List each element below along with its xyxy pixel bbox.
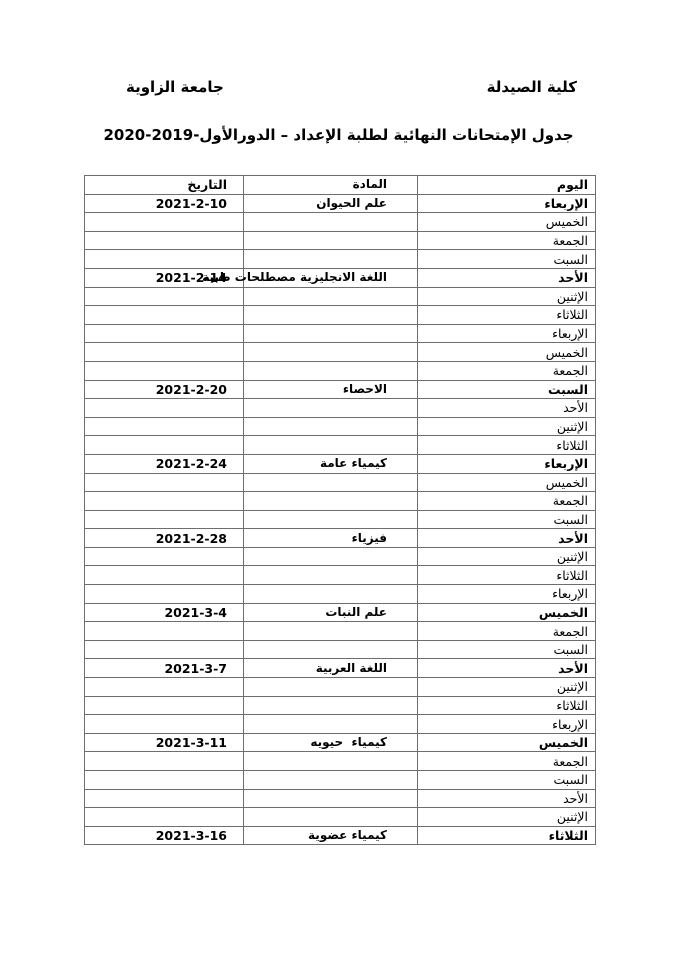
day-cell: الخميس [418,733,596,752]
subject-cell [244,436,418,455]
subject-cell: كيمياء عضوية [244,826,418,845]
column-header-date: التاريخ [85,176,244,195]
subject-cell [244,417,418,436]
date-cell [85,231,244,250]
subject-cell [244,492,418,511]
day-cell: الثلاثاء [418,696,596,715]
subject-cell: علم الحيوان [244,194,418,213]
exam-schedule-table: اليوم المادة التاريخ الإربعاء علم الحيوا… [84,175,596,845]
day-cell: الإربعاء [418,454,596,473]
subject-cell [244,547,418,566]
day-cell: الثلاثاء [418,566,596,585]
subject-cell: كيمياء حيويه [244,733,418,752]
subject-cell: كيمياء عامة [244,454,418,473]
date-cell [85,417,244,436]
day-cell: الإثنين [418,808,596,827]
date-cell [85,547,244,566]
date-cell [85,622,244,641]
day-cell: الأحد [418,789,596,808]
day-cell: السبت [418,380,596,399]
table-row: الإثنين [85,287,596,306]
subject-cell [244,585,418,604]
day-cell: الخميس [418,603,596,622]
date-cell [85,492,244,511]
day-cell: السبت [418,510,596,529]
day-cell: الثلاثاء [418,436,596,455]
date-cell [85,399,244,418]
date-cell [85,287,244,306]
table-row: السبت [85,771,596,790]
table-row: السبت الاحصاء 2021-2-20 [85,380,596,399]
subject-cell [244,324,418,343]
table-row: الإربعاء كيمياء عامة 2021-2-24 [85,454,596,473]
day-cell: الأحد [418,529,596,548]
day-cell: الجمعة [418,361,596,380]
day-cell: الإربعاء [418,715,596,734]
day-cell: الإربعاء [418,585,596,604]
subject-cell: اللغة الانجليزية مصطلحات طبية [244,268,418,287]
date-cell [85,585,244,604]
document-page: كلية الصيدلة جامعة الزاوية جدول الإمتحان… [0,0,677,962]
college-name: كلية الصيدلة [487,77,577,97]
date-cell: 2021-2-10 [85,194,244,213]
day-cell: الإثنين [418,287,596,306]
date-cell [85,808,244,827]
date-cell [85,324,244,343]
day-cell: الثلاثاء [418,306,596,325]
date-cell [85,696,244,715]
table-row: الإربعاء [85,715,596,734]
day-cell: الجمعة [418,492,596,511]
table-row: السبت [85,250,596,269]
subject-cell: اللغة العربية [244,659,418,678]
day-cell: الإثنين [418,547,596,566]
table-row: الإثنين [85,417,596,436]
table-row: الأحد [85,789,596,808]
date-cell [85,306,244,325]
day-cell: الجمعة [418,752,596,771]
subject-cell [244,622,418,641]
date-cell [85,250,244,269]
day-cell: السبت [418,771,596,790]
table-row: الإثنين [85,808,596,827]
day-cell: الإربعاء [418,324,596,343]
date-cell: 2021-3-11 [85,733,244,752]
day-cell: الإثنين [418,417,596,436]
date-cell [85,771,244,790]
day-cell: الأحد [418,399,596,418]
table-row: الإربعاء [85,324,596,343]
subject-cell: علم النبات [244,603,418,622]
date-cell [85,678,244,697]
date-cell [85,436,244,455]
subject-cell [244,250,418,269]
table-header-row: اليوم المادة التاريخ [85,176,596,195]
subject-cell [244,789,418,808]
table-row: الخميس [85,473,596,492]
table-row: الثلاثاء [85,696,596,715]
date-cell [85,715,244,734]
university-name: جامعة الزاوية [126,77,224,97]
date-cell: 2021-2-14 [85,268,244,287]
date-cell [85,510,244,529]
column-header-subject: المادة [244,176,418,195]
subject-cell [244,510,418,529]
subject-cell [244,566,418,585]
exam-table-body: الإربعاء علم الحيوان 2021-2-10 الخميس ال… [85,194,596,845]
subject-cell [244,343,418,362]
date-cell [85,640,244,659]
table-row: الثلاثاء [85,306,596,325]
day-cell: السبت [418,250,596,269]
table-row: الخميس [85,343,596,362]
subject-cell: الاحصاء [244,380,418,399]
table-row: الجمعة [85,492,596,511]
subject-cell: فيزياء [244,529,418,548]
table-row: الثلاثاء كيمياء عضوية 2021-3-16 [85,826,596,845]
column-header-day: اليوم [418,176,596,195]
subject-cell [244,306,418,325]
table-row: الخميس علم النبات 2021-3-4 [85,603,596,622]
date-cell [85,566,244,585]
day-cell: الإثنين [418,678,596,697]
day-cell: الثلاثاء [418,826,596,845]
table-row: الأحد فيزياء 2021-2-28 [85,529,596,548]
subject-cell [244,361,418,380]
table-row: الثلاثاء [85,566,596,585]
table-row: الخميس [85,213,596,232]
date-cell: 2021-3-7 [85,659,244,678]
day-cell: الإربعاء [418,194,596,213]
date-cell: 2021-2-20 [85,380,244,399]
day-cell: الخميس [418,213,596,232]
table-row: الجمعة [85,752,596,771]
subject-cell [244,752,418,771]
day-cell: الأحد [418,268,596,287]
table-row: السبت [85,510,596,529]
day-cell: الجمعة [418,622,596,641]
date-cell [85,361,244,380]
table-row: الإثنين [85,547,596,566]
table-row: الجمعة [85,622,596,641]
subject-cell [244,678,418,697]
subject-cell [244,771,418,790]
subject-cell [244,715,418,734]
table-row: الجمعة [85,231,596,250]
table-row: الأحد اللغة العربية 2021-3-7 [85,659,596,678]
subject-cell [244,696,418,715]
subject-cell [244,231,418,250]
table-row: الأحد اللغة الانجليزية مصطلحات طبية 2021… [85,268,596,287]
table-row: الخميس كيمياء حيويه 2021-3-11 [85,733,596,752]
day-cell: الجمعة [418,231,596,250]
subject-cell [244,213,418,232]
subject-cell [244,808,418,827]
day-cell: الخميس [418,343,596,362]
day-cell: السبت [418,640,596,659]
document-header: كلية الصيدلة جامعة الزاوية [126,77,577,97]
date-cell: 2021-2-24 [85,454,244,473]
subject-cell [244,399,418,418]
table-row: الثلاثاء [85,436,596,455]
date-cell [85,473,244,492]
date-cell: 2021-3-16 [85,826,244,845]
table-row: الإربعاء [85,585,596,604]
date-cell: 2021-2-28 [85,529,244,548]
table-row: الأحد [85,399,596,418]
date-cell [85,343,244,362]
date-cell [85,752,244,771]
table-row: السبت [85,640,596,659]
subject-cell [244,287,418,306]
date-cell [85,789,244,808]
day-cell: الخميس [418,473,596,492]
table-row: الإربعاء علم الحيوان 2021-2-10 [85,194,596,213]
day-cell: الأحد [418,659,596,678]
subject-cell [244,473,418,492]
subject-cell [244,640,418,659]
table-row: الجمعة [85,361,596,380]
table-row: الإثنين [85,678,596,697]
date-cell [85,213,244,232]
date-cell: 2021-3-4 [85,603,244,622]
page-title: جدول الإمتحانات النهائية لطلبة الإعداد –… [20,124,657,146]
